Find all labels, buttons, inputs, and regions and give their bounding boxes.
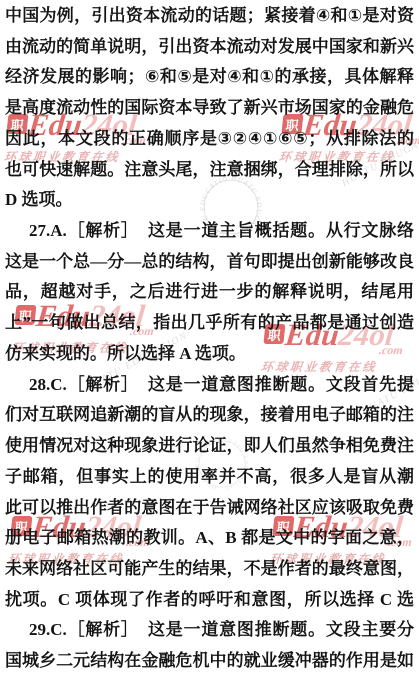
text-line: 经济发展的影响；⑥和⑤是对④和①的承接，具体解释了正 [5,62,414,93]
text-line: 由流动的简单说明，引出资本流动对发展中国家和新兴市场 [5,32,414,63]
text-line: 仿来实现的。所以选择 A 选项。 [5,339,414,370]
text-line: 中国为例，引出资本流动的话题；紧接着④和①是对资本自 [5,1,414,32]
text-line: 品，超越对手，之后进行进一步的解释说明，结尾用“事实 [5,277,414,308]
text-line-answer-28: 28.C.［解析］ 这是一道意图推断题。文段首先提出了人 [5,370,414,401]
text-line: 们对互联网追新潮的盲从的现象，接着用电子邮箱的注册和 [5,400,414,431]
text-line: 册电子邮箱热潮的教训。A、B 都是文中的字面之意，D 是 [5,523,414,554]
text-line: 扰项。C 项体现了作者的呼吁和意图，所以选择 C 选项。 [5,585,414,616]
text-line: 因此，本文段的正确顺序是③②④①⑥⑤；从排除法的角度 [5,124,414,155]
text-line: 国城乡二元结构在金融危机中的就业缓冲器的作用是如何 [5,646,414,677]
text-line-answer-29: 29.C.［解析］ 这是一道意图推断题。文段主要分析了中 [5,615,414,646]
text-line-answer-27: 27.A.［解析］ 这是一道主旨概括题。从行文脉络上来看， [5,216,414,247]
document-text: 中国为例，引出资本流动的话题；紧接着④和①是对资本自 由流动的简单说明，引出资本… [5,1,414,677]
text-line: 是高度流动性的国际资本导致了新兴市场国家的金融危机。 [5,93,414,124]
text-line: 上”一句做出总结，指出几乎所有的产品都是通过创造性模 [5,308,414,339]
text-line: 未来网络社区可能产生的结果，不是作者的最终意图，为干 [5,554,414,585]
text-line: 这是一个总—分—总的结构，首句即提出创新能够改良产 [5,247,414,278]
text-line: 使用情况对这种现象进行论证，即人们虽然争相免费注册电 [5,431,414,462]
text-line: 也可快速解题。注意头尾，注意捆绑，合理排除，所以选择 [5,155,414,186]
text-line: 子邮箱，但事实上的使用率并不高，很多人是盲从潮流。由 [5,462,414,493]
text-line: 此可以推出作者的意图在于告诫网络社区应该吸取免费注 [5,493,414,524]
text-line: D 选项。 [5,185,414,216]
document-page: 职 Edu24ol .com 环球职业教育在线 职 Edu24ol .com 环… [0,0,419,677]
